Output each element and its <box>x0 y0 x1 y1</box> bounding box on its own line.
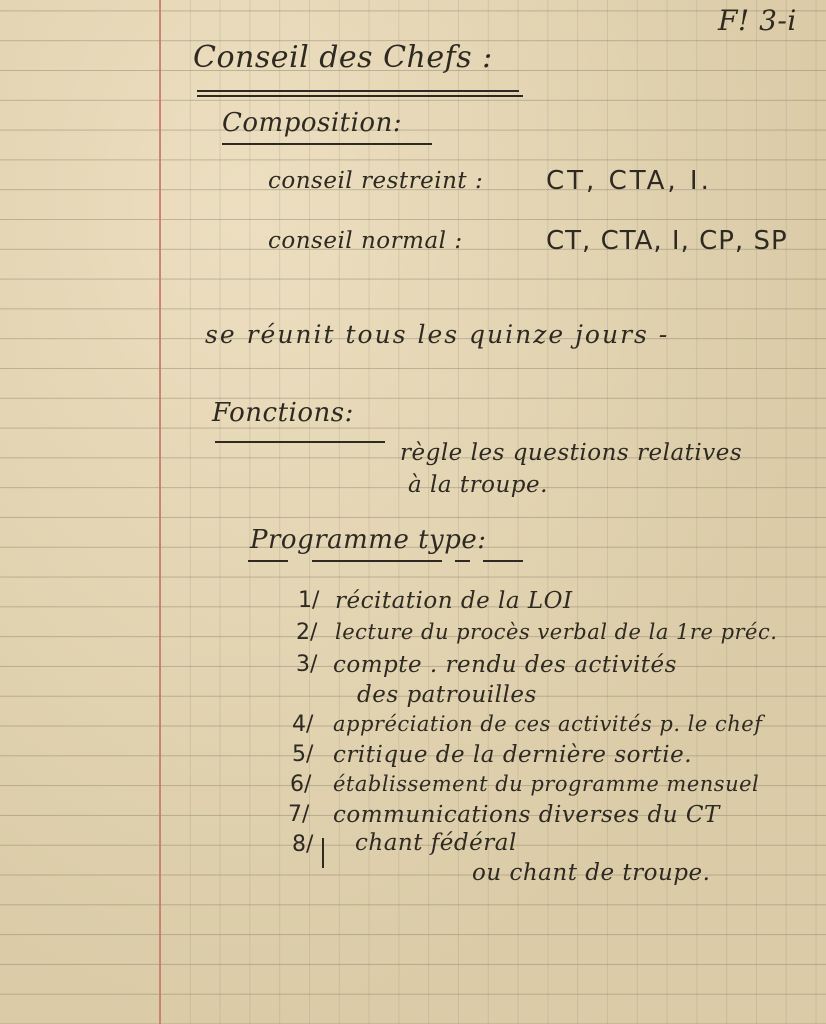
title-underline-double <box>197 95 523 97</box>
programme-underline-2 <box>312 560 442 562</box>
item-7-number: 7/ <box>288 802 309 827</box>
fonctions-underline <box>215 441 385 443</box>
fonctions-line-1: règle les questions relatives <box>400 440 742 466</box>
item-4-number: 4/ <box>292 712 313 737</box>
programme-underline-4 <box>483 560 523 562</box>
item-8-text-2: ou chant de troupe. <box>472 860 710 886</box>
conseil-restreint-label: conseil restreint : <box>268 168 483 194</box>
red-margin-line <box>159 0 161 1024</box>
page-reference: F! 3-i <box>718 4 797 37</box>
item-7-text: communications diverses du CT <box>333 802 720 828</box>
programme-underline-3 <box>455 560 470 562</box>
item-6-text: établissement du programme mensuel <box>333 772 759 796</box>
item-6-number: 6/ <box>290 772 311 797</box>
programme-heading: Programme type: <box>250 525 487 555</box>
item-3-text-1: compte . rendu des activités <box>333 652 677 678</box>
fonctions-heading: Fonctions: <box>212 398 354 428</box>
composition-heading: Composition: <box>222 108 402 138</box>
item-8-number: 8/ <box>292 832 313 857</box>
item-4-text: appréciation de ces activités p. le chef <box>333 712 763 736</box>
item-1-number: 1/ <box>298 588 319 613</box>
page-title: Conseil des Chefs : <box>193 40 493 75</box>
programme-underline-1 <box>248 560 288 562</box>
meeting-frequency: se réunit tous les quinze jours - <box>205 320 669 349</box>
conseil-normal-members: CT, CTA, I, CP, SP <box>546 226 788 256</box>
item-8-bracket <box>322 838 324 868</box>
item-5-text: critique de la dernière sortie. <box>333 742 692 768</box>
item-2-text: lecture du procès verbal de la 1re préc. <box>335 620 777 644</box>
item-2-number: 2/ <box>296 620 317 645</box>
fonctions-line-2: à la troupe. <box>408 472 548 498</box>
conseil-restreint-members: CT, CTA, I. <box>546 166 712 196</box>
title-underline <box>197 90 519 92</box>
item-3-number: 3/ <box>296 652 317 677</box>
composition-underline <box>222 143 432 145</box>
conseil-normal-label: conseil normal : <box>268 228 463 254</box>
item-3-text-2: des patrouilles <box>357 682 537 708</box>
item-8-text-1: chant fédéral <box>355 830 517 856</box>
item-5-number: 5/ <box>292 742 313 767</box>
item-1-text: récitation de la LOI <box>335 588 573 614</box>
